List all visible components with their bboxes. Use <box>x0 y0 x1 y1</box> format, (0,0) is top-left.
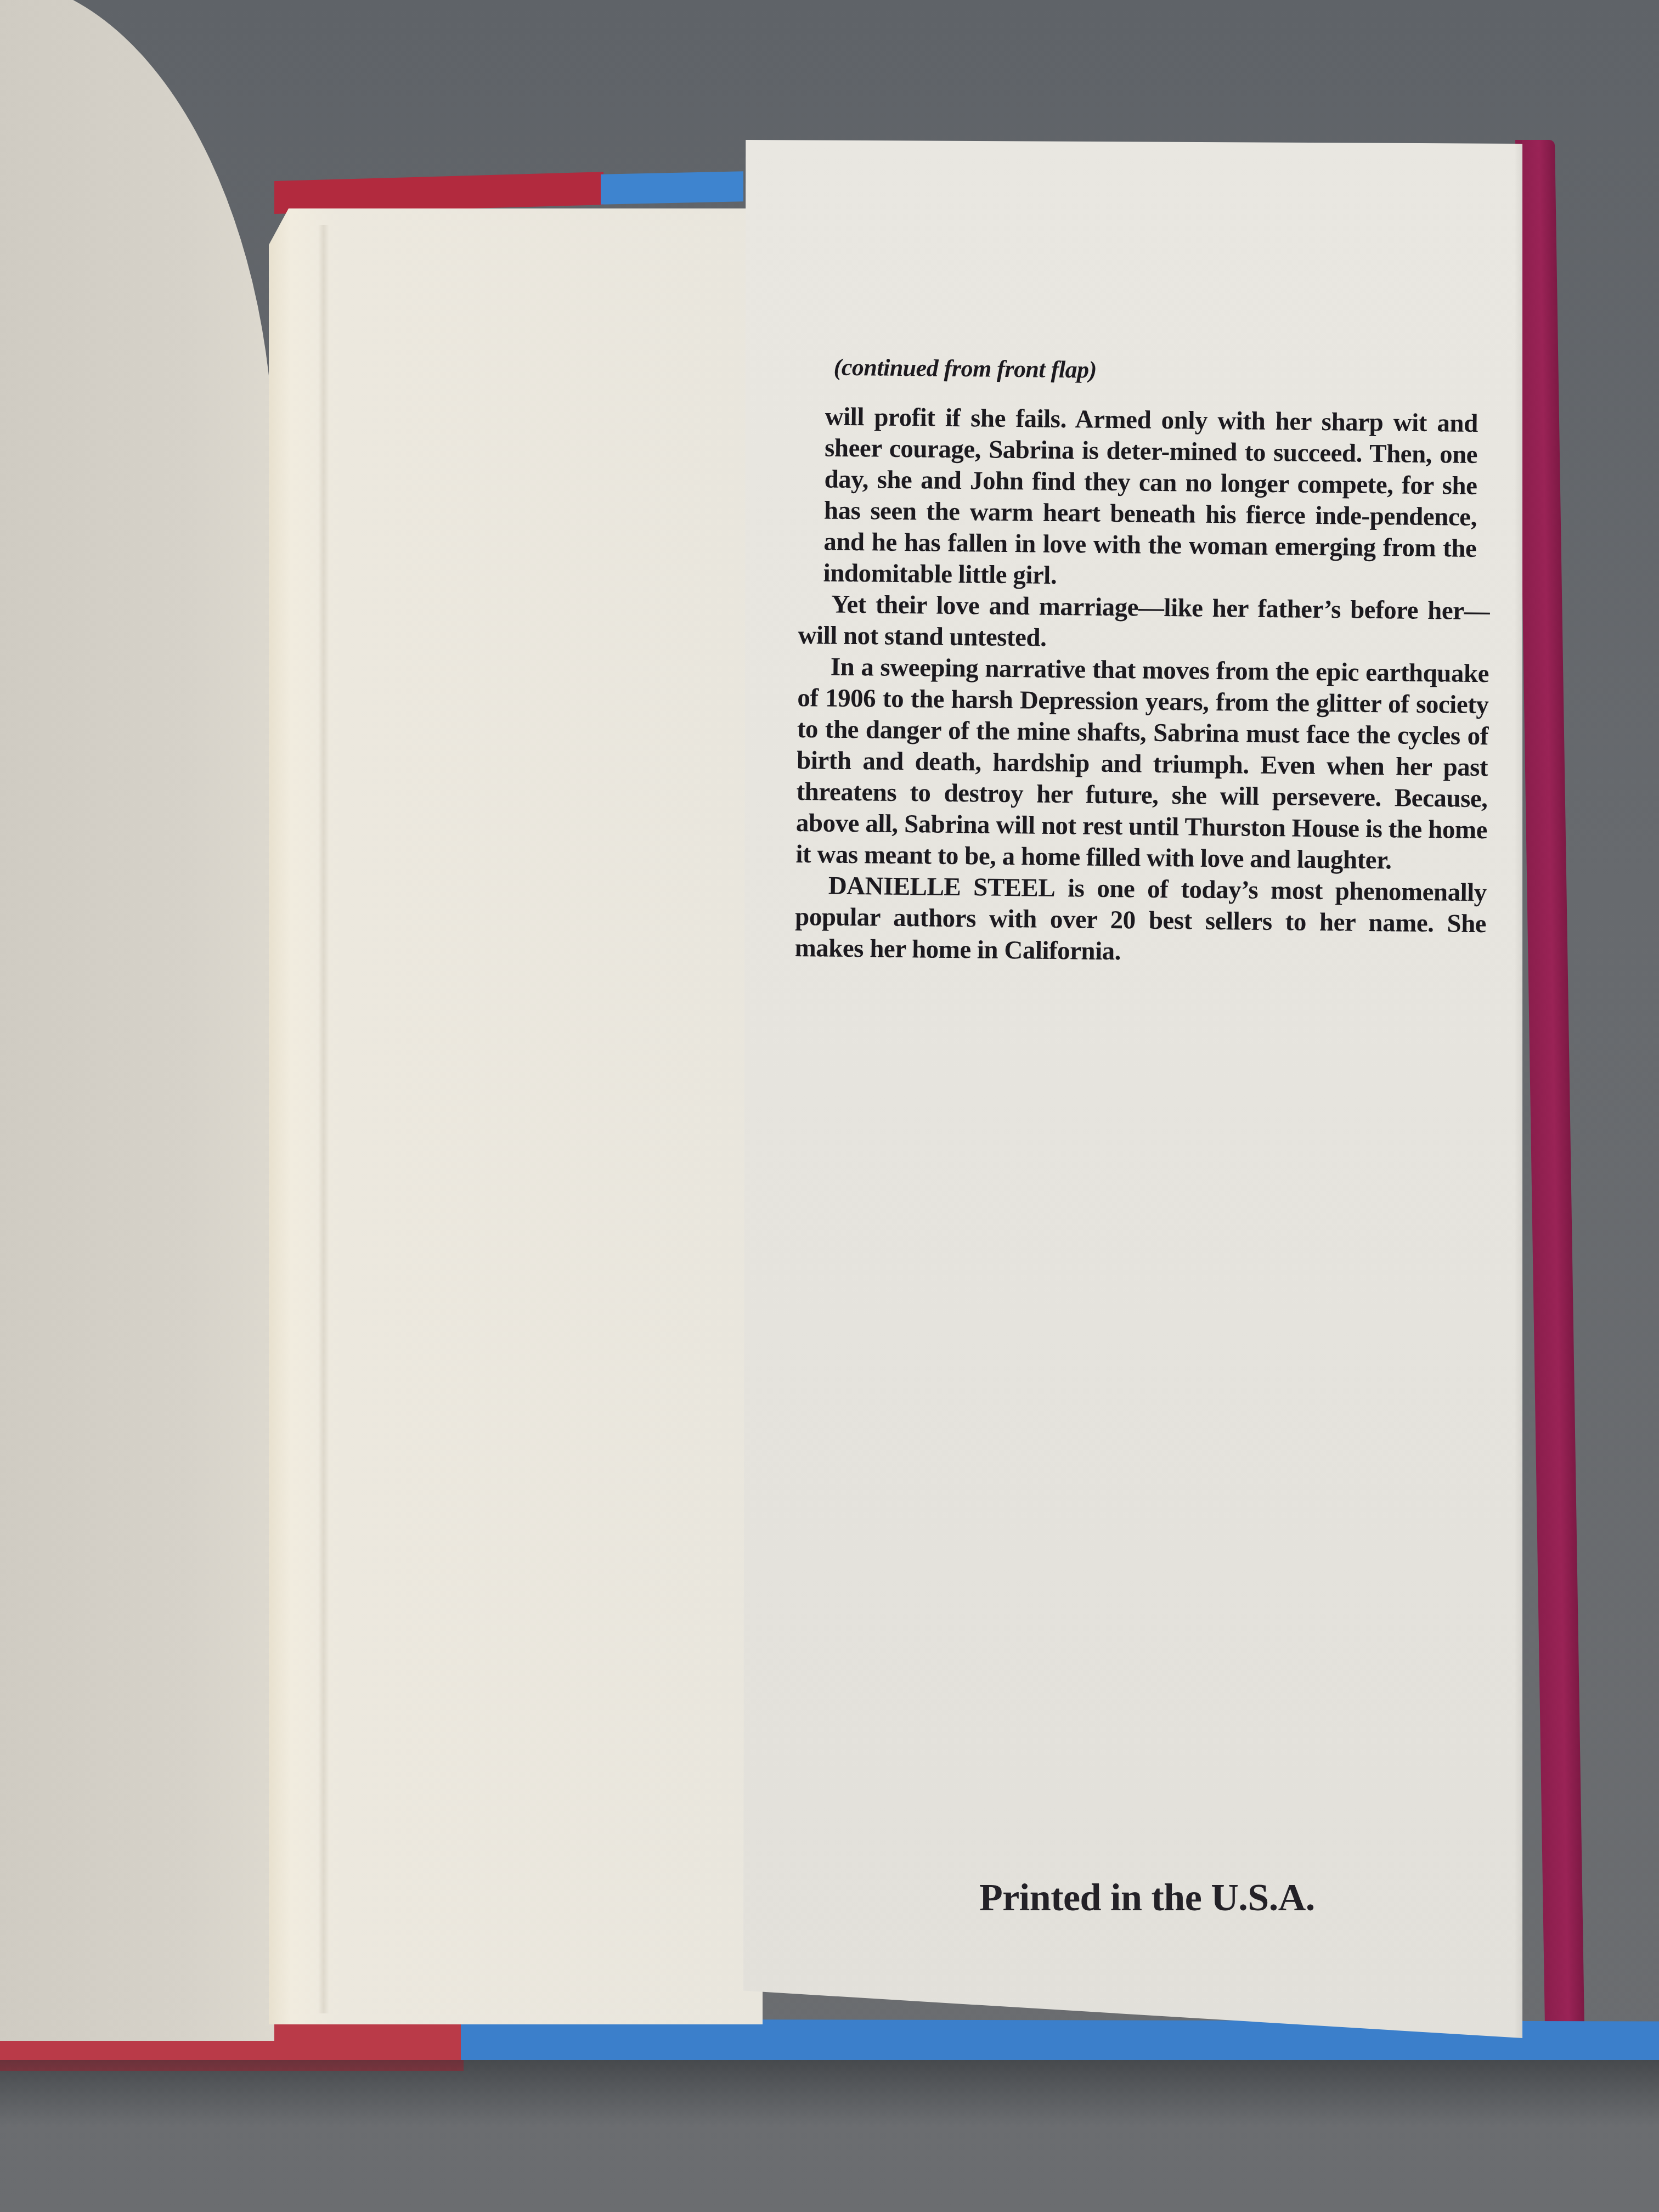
cover-shadow <box>0 2060 1659 2126</box>
continued-note: (continued from front flap) <box>833 352 1492 390</box>
flap-copy: (continued from front flap) will profit … <box>794 351 1492 971</box>
paragraph-3: In a sweeping narrative that moves from … <box>795 651 1489 877</box>
printed-in-usa: Printed in the U.S.A. <box>979 1876 1315 1920</box>
curved-left-page <box>0 0 274 2041</box>
paragraph-author-bio: DANIELLE STEEL is one of today’s most ph… <box>794 870 1487 971</box>
cover-top-blue-strip <box>601 171 743 204</box>
paragraph-2: Yet their love and marriage—like her fat… <box>798 589 1489 658</box>
author-name: DANIELLE STEEL <box>828 872 1056 902</box>
paragraph-1: will profit if she fails. Armed only wit… <box>798 401 1492 596</box>
book-photo-scene: (continued from front flap) will profit … <box>0 0 1659 2212</box>
cover-right-edge <box>1515 140 1585 2049</box>
flap-edge <box>1514 140 1522 2038</box>
cover-top-red-strip <box>274 172 603 214</box>
endpaper <box>269 208 763 2024</box>
gutter-fold <box>318 225 329 2013</box>
